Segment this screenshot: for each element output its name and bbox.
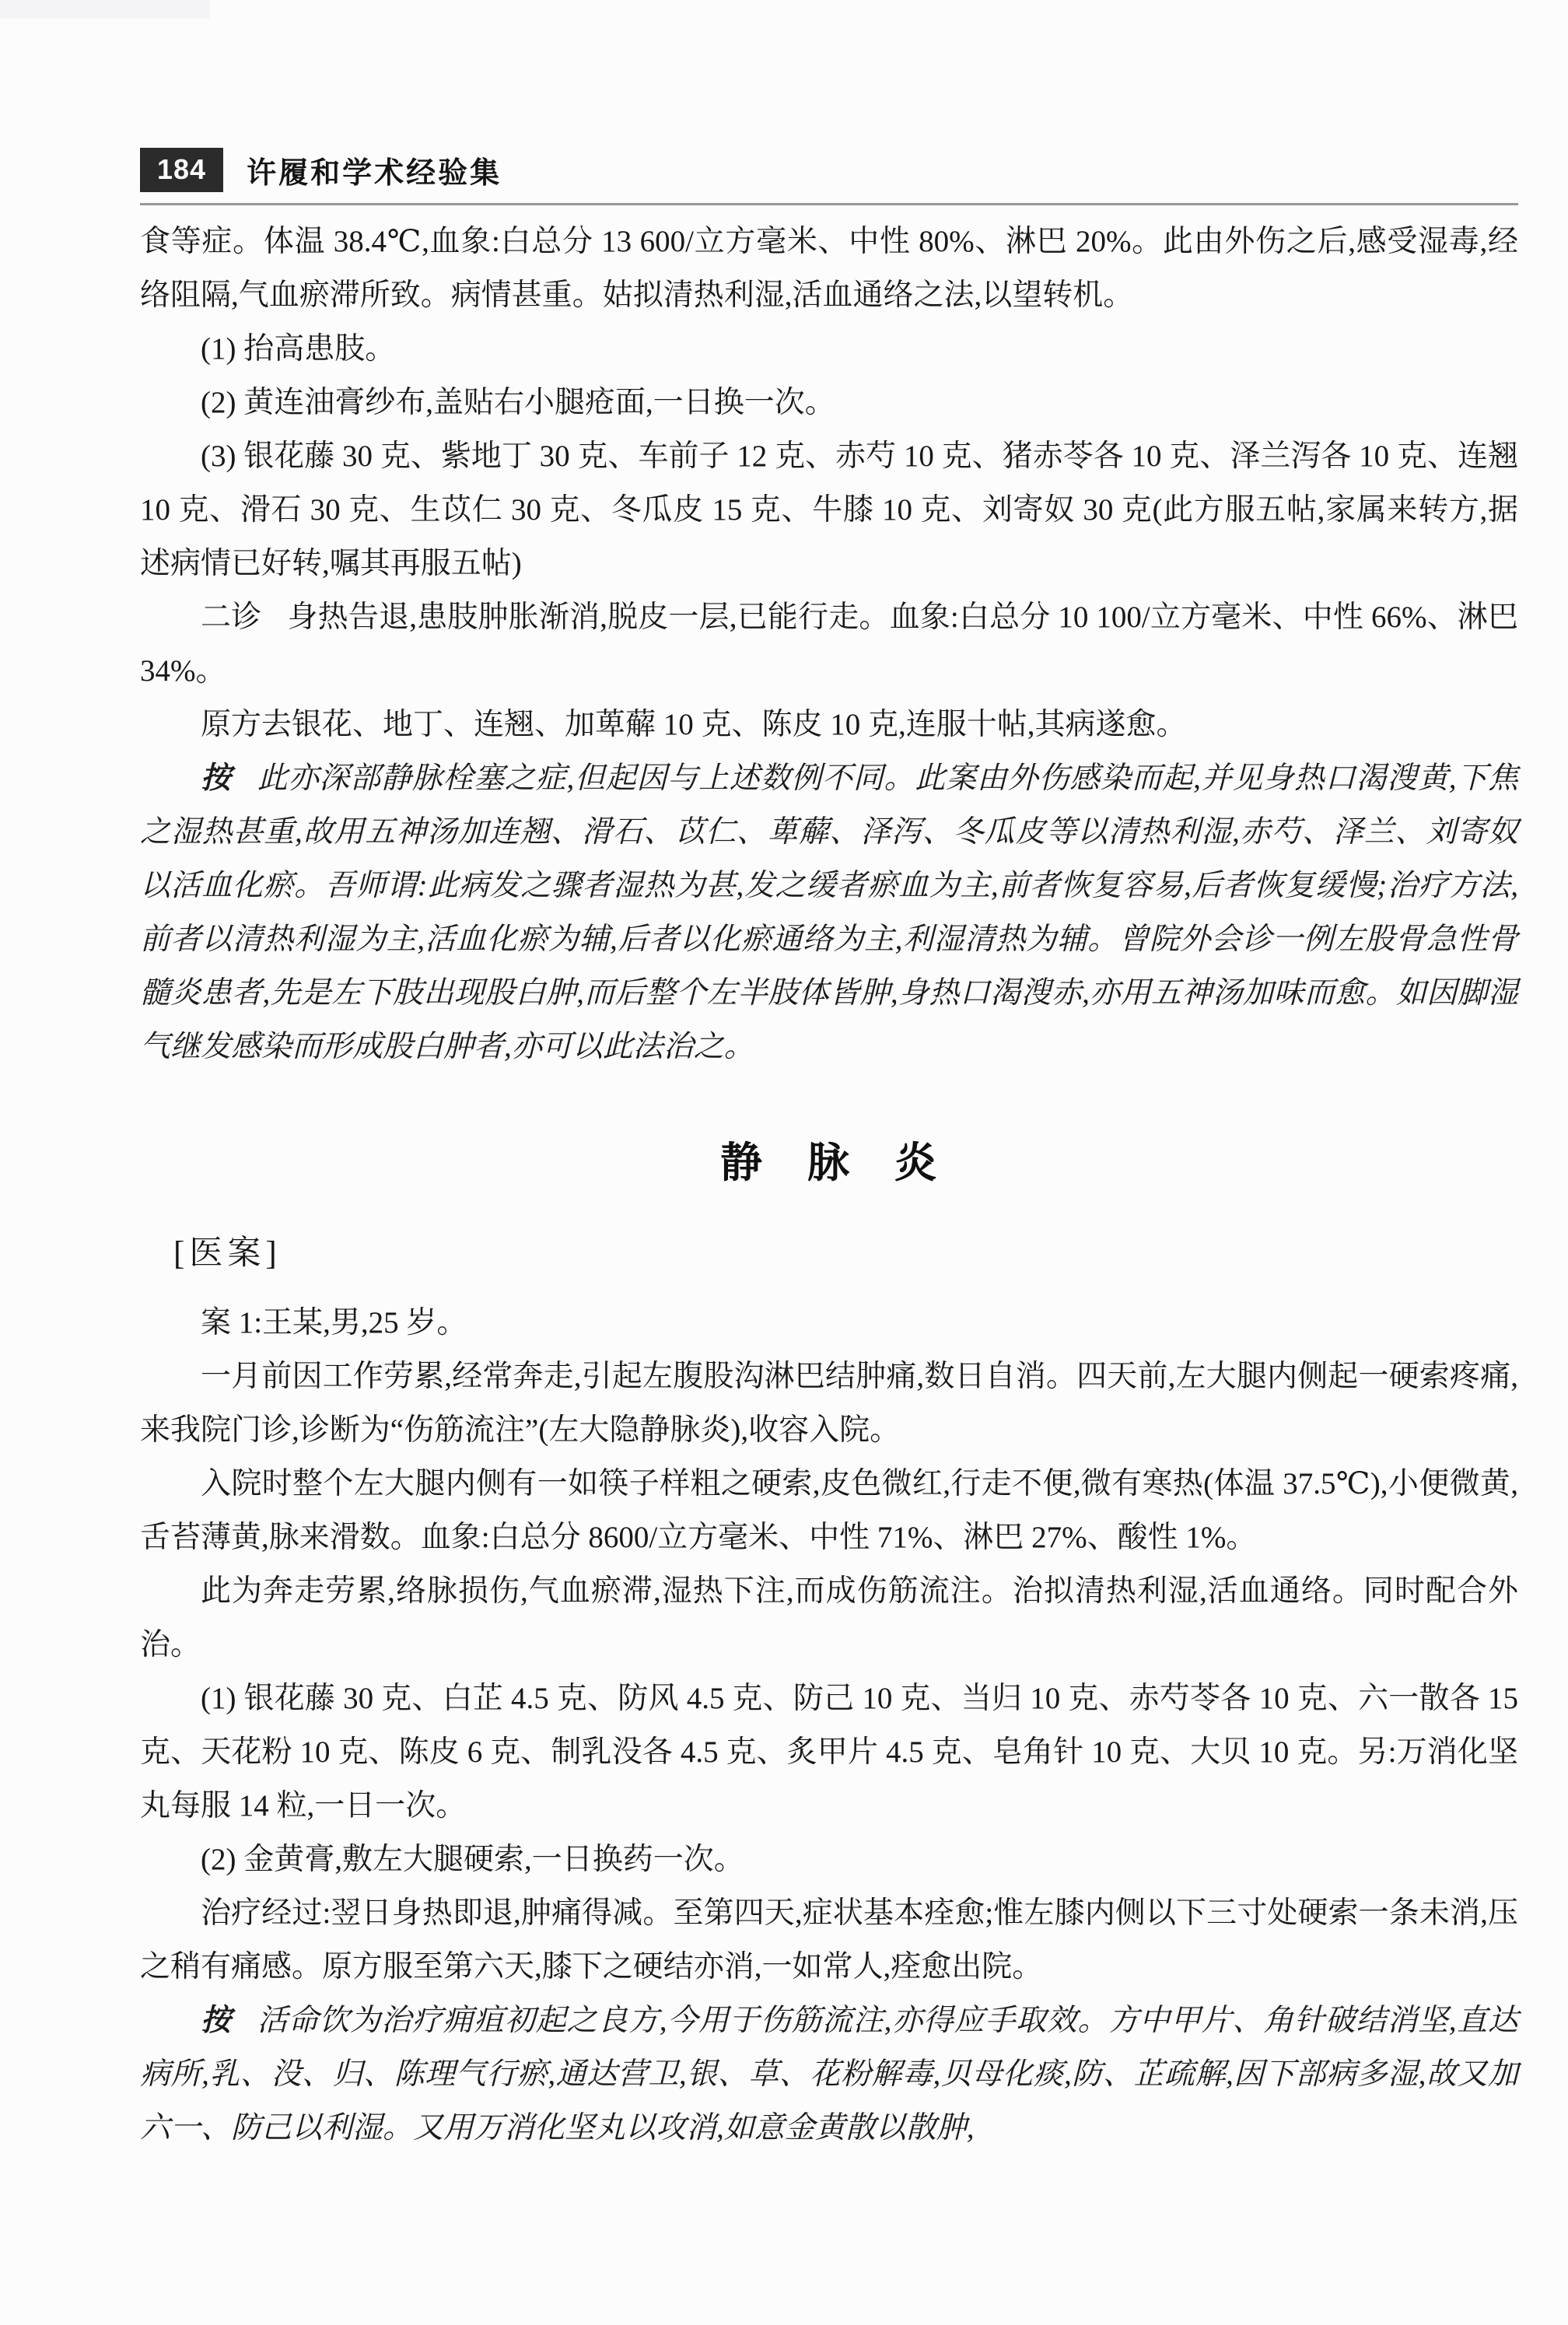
book-page: 184 许履和学术经验集 食等症。体温 38.4℃,血象:白总分 13 600/… xyxy=(140,148,1518,2155)
previous-case-text: 食等症。体温 38.4℃,血象:白总分 13 600/立方毫米、中性 80%、淋… xyxy=(140,215,1518,1073)
followup-paragraph: 原方去银花、地丁、连翘、加萆薢 10 克、陈皮 10 克,连服十帖,其病遂愈。 xyxy=(140,698,1518,751)
book-title: 许履和学术经验集 xyxy=(247,149,502,191)
second-visit-label: 二诊 xyxy=(201,601,261,634)
scan-artifact xyxy=(0,0,210,19)
commentary-text-2: 活命饮为治疗痈疽初起之良方,今用于伤筋流注,亦得应手取效。方中甲片、角针破结消坚… xyxy=(140,2004,1518,2145)
commentary-paragraph-2: 按活命饮为治疗痈疽初起之良方,今用于伤筋流注,亦得应手取效。方中甲片、角针破结消… xyxy=(140,1994,1518,2155)
case1-prescription-2: (2) 金黄膏,敷左大腿硬索,一日换药一次。 xyxy=(140,1833,1518,1886)
case1-analysis: 此为奔走劳累,络脉损伤,气血瘀滞,湿热下注,而成伤筋流注。治拟清热利湿,活血通络… xyxy=(140,1564,1518,1672)
page-number-badge: 184 xyxy=(140,148,223,192)
treatment-step-1: (1) 抬高患肢。 xyxy=(140,322,1518,376)
section-title-phlebitis: 静 脉 炎 xyxy=(140,1136,1518,1190)
case1-history: 一月前因工作劳累,经常奔走,引起左腹股沟淋巴结肿痛,数日自消。四天前,左大腿内侧… xyxy=(140,1350,1518,1457)
commentary-paragraph-1: 按此亦深部静脉栓塞之症,但起因与上述数例不同。此案由外伤感染而起,并见身热口渴溲… xyxy=(140,751,1518,1073)
case1-text: 案 1:王某,男,25 岁。 一月前因工作劳累,经常奔走,引起左腹股沟淋巴结肿痛… xyxy=(140,1296,1518,2155)
page-header: 184 许履和学术经验集 xyxy=(140,148,1518,205)
continuation-paragraph: 食等症。体温 38.4℃,血象:白总分 13 600/立方毫米、中性 80%、淋… xyxy=(140,215,1518,322)
treatment-step-2: (2) 黄连油膏纱布,盖贴右小腿疮面,一日换一次。 xyxy=(140,376,1518,429)
second-visit-paragraph: 二诊身热告退,患肢肿胀渐消,脱皮一层,已能行走。血象:白总分 10 100/立方… xyxy=(140,590,1518,698)
commentary-label-1: 按 xyxy=(201,762,232,795)
case1-treatment-course: 治疗经过:翌日身热即退,肿痛得减。至第四天,症状基本痊愈;惟左膝内侧以下三寸处硬… xyxy=(140,1886,1518,1994)
case1-admission: 入院时整个左大腿内侧有一如筷子样粗之硬索,皮色微红,行走不便,微有寒热(体温 3… xyxy=(140,1457,1518,1564)
commentary-label-2: 按 xyxy=(201,2004,232,2037)
treatment-step-3: (3) 银花藤 30 克、紫地丁 30 克、车前子 12 克、赤芍 10 克、猪… xyxy=(140,429,1518,590)
case1-prescription-1: (1) 银花藤 30 克、白芷 4.5 克、防风 4.5 克、防己 10 克、当… xyxy=(140,1672,1518,1833)
commentary-text-1: 此亦深部静脉栓塞之症,但起因与上述数例不同。此案由外伤感染而起,并见身热口渴溲黄… xyxy=(140,762,1518,1063)
second-visit-text: 身热告退,患肢肿胀渐消,脱皮一层,已能行走。血象:白总分 10 100/立方毫米… xyxy=(140,601,1518,688)
medical-case-label: [医案] xyxy=(140,1231,1518,1277)
case1-intro: 案 1:王某,男,25 岁。 xyxy=(140,1296,1518,1350)
